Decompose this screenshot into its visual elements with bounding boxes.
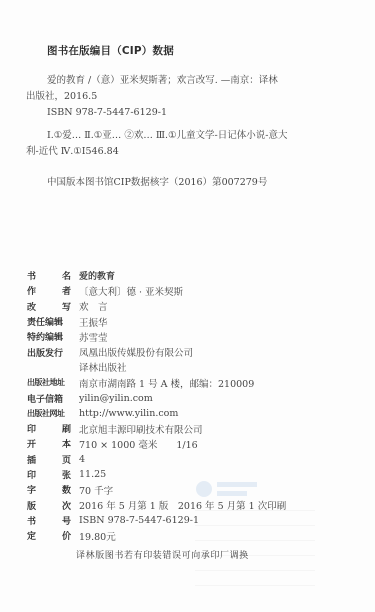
cip-number: 中国版本图书馆CIP数据核字（2016）第007279号	[26, 175, 336, 191]
info-label-text: 版	[27, 499, 36, 512]
info-label: 作者	[27, 284, 71, 297]
cip-main-line-1: 爱的教育 /（意）亚米契斯著；欢言改写. —南京：译林	[26, 73, 336, 89]
info-row: 开本710 × 1000 毫米 1/16	[27, 436, 357, 451]
replacement-notice: 译林版图书若有印装错误可向承印厂调换	[76, 548, 249, 561]
cip-class-line-1: Ⅰ.①爱… Ⅱ.①亚… ②欢… Ⅲ.①儿童文学-日记体小说-意大	[26, 128, 336, 144]
cip-main-entry: 爱的教育 /（意）亚米契斯著；欢言改写. —南京：译林 出版社，2016.5 I…	[26, 73, 336, 121]
info-row: 字数70 千字	[27, 482, 357, 497]
info-label: 出版发行	[27, 346, 71, 359]
info-value: 北京旭丰源印刷技术有限公司	[79, 422, 203, 436]
publication-info-table: 书名爱的教育作者〔意大利〕德 · 亚米契斯改写欢 言责任编辑王振华特约编辑苏雪莹…	[27, 268, 357, 543]
info-row: 印刷北京旭丰源印刷技术有限公司	[27, 421, 357, 436]
info-label-text: 名	[62, 269, 71, 282]
info-label-text: 次	[62, 499, 71, 512]
info-label-text: 印	[27, 468, 36, 481]
info-label-text: 者	[62, 284, 71, 297]
info-label: 改写	[27, 300, 71, 313]
info-value: yilin@yilin.com	[79, 393, 153, 404]
info-label: 特约编辑	[27, 330, 71, 343]
info-label: 插页	[27, 453, 71, 466]
info-label: 字数	[27, 483, 71, 496]
info-row: 插页4	[27, 452, 357, 467]
info-value: 凤凰出版传媒股份有限公司	[79, 345, 193, 359]
info-row: 译林出版社	[27, 360, 357, 375]
info-label-text: 写	[62, 300, 71, 313]
cip-number-block: 中国版本图书馆CIP数据核字（2016）第007279号	[26, 175, 336, 191]
info-label-text: 电子信箱	[27, 392, 63, 405]
info-label-text: 数	[62, 483, 71, 496]
info-label: 出版社网址	[27, 408, 71, 419]
info-value: 译林出版社	[79, 360, 127, 374]
info-row: 印张11.25	[27, 467, 357, 482]
info-value: 〔意大利〕德 · 亚米契斯	[79, 284, 183, 298]
info-label-text: 价	[62, 529, 71, 542]
info-label: 出版社地址	[27, 377, 71, 388]
info-value: 4	[79, 454, 85, 465]
info-label-text: 出版社网址	[27, 408, 65, 419]
watermark-icon	[195, 478, 265, 500]
info-label-text: 定	[27, 529, 36, 542]
info-label-text: 号	[62, 514, 71, 527]
info-value: 苏雪莹	[79, 330, 108, 344]
info-label: 电子信箱	[27, 392, 71, 405]
info-value: 南京市湖南路 1 号 A 楼，邮编：210009	[79, 376, 254, 390]
info-label: 书名	[27, 269, 71, 282]
info-label: 印张	[27, 468, 71, 481]
info-row: 书名爱的教育	[27, 268, 357, 283]
info-label-text: 书	[27, 514, 36, 527]
cip-isbn-line: ISBN 978-7-5447-6129-1	[26, 105, 336, 121]
info-label-text: 刷	[62, 422, 71, 435]
info-value: 欢 言	[79, 299, 108, 313]
info-label: 版次	[27, 499, 71, 512]
info-row: 出版社地址南京市湖南路 1 号 A 楼，邮编：210009	[27, 375, 357, 390]
info-value: 11.25	[79, 469, 106, 480]
info-value: ISBN 978-7-5447-6129-1	[79, 515, 199, 526]
info-label-text: 印	[27, 422, 36, 435]
cip-class-line-2: 利-近代 Ⅳ.①I546.84	[26, 144, 336, 160]
info-value: 19.80元	[79, 529, 116, 543]
info-label-text: 特约编辑	[27, 330, 63, 343]
info-label-text: 字	[27, 483, 36, 496]
info-row: 特约编辑苏雪莹	[27, 329, 357, 344]
info-label: 书号	[27, 514, 71, 527]
info-label-text: 出版社地址	[27, 377, 65, 388]
cip-title: 图书在版编目（CIP）数据	[47, 43, 174, 58]
info-row: 改写欢 言	[27, 299, 357, 314]
info-label-text: 书	[27, 269, 36, 282]
info-label: 印刷	[27, 422, 71, 435]
info-row: 出版社网址http://www.yilin.com	[27, 406, 357, 421]
cip-main-line-2: 出版社，2016.5	[26, 89, 336, 105]
info-label-text: 作	[27, 284, 36, 297]
info-value: http://www.yilin.com	[79, 408, 178, 419]
info-label-text: 改	[27, 300, 36, 313]
info-label: 定价	[27, 529, 71, 542]
info-value: 爱的教育	[79, 269, 115, 282]
info-row: 作者〔意大利〕德 · 亚米契斯	[27, 283, 357, 298]
info-label: 责任编辑	[27, 315, 71, 328]
info-label-text: 张	[62, 468, 71, 481]
info-row: 责任编辑王振华	[27, 314, 357, 329]
info-label-text: 本	[62, 437, 71, 450]
info-label-text: 开	[27, 437, 36, 450]
copyright-page: 图书在版编目（CIP）数据 爱的教育 /（意）亚米契斯著；欢言改写. —南京：译…	[0, 0, 375, 612]
info-label-text: 页	[62, 453, 71, 466]
info-label: 开本	[27, 437, 71, 450]
watermark-logo	[195, 478, 265, 500]
info-value: 710 × 1000 毫米 1/16	[79, 437, 198, 451]
info-row: 电子信箱yilin@yilin.com	[27, 390, 357, 405]
info-label-text: 出版发行	[27, 346, 63, 359]
cip-classification: Ⅰ.①爱… Ⅱ.①亚… ②欢… Ⅲ.①儿童文学-日记体小说-意大 利-近代 Ⅳ.…	[26, 128, 336, 160]
info-value: 70 千字	[79, 483, 113, 497]
info-value: 王振华	[79, 315, 108, 329]
info-row: 出版发行凤凰出版传媒股份有限公司	[27, 344, 357, 359]
info-label-text: 插	[27, 453, 36, 466]
info-label-text: 责任编辑	[27, 315, 63, 328]
